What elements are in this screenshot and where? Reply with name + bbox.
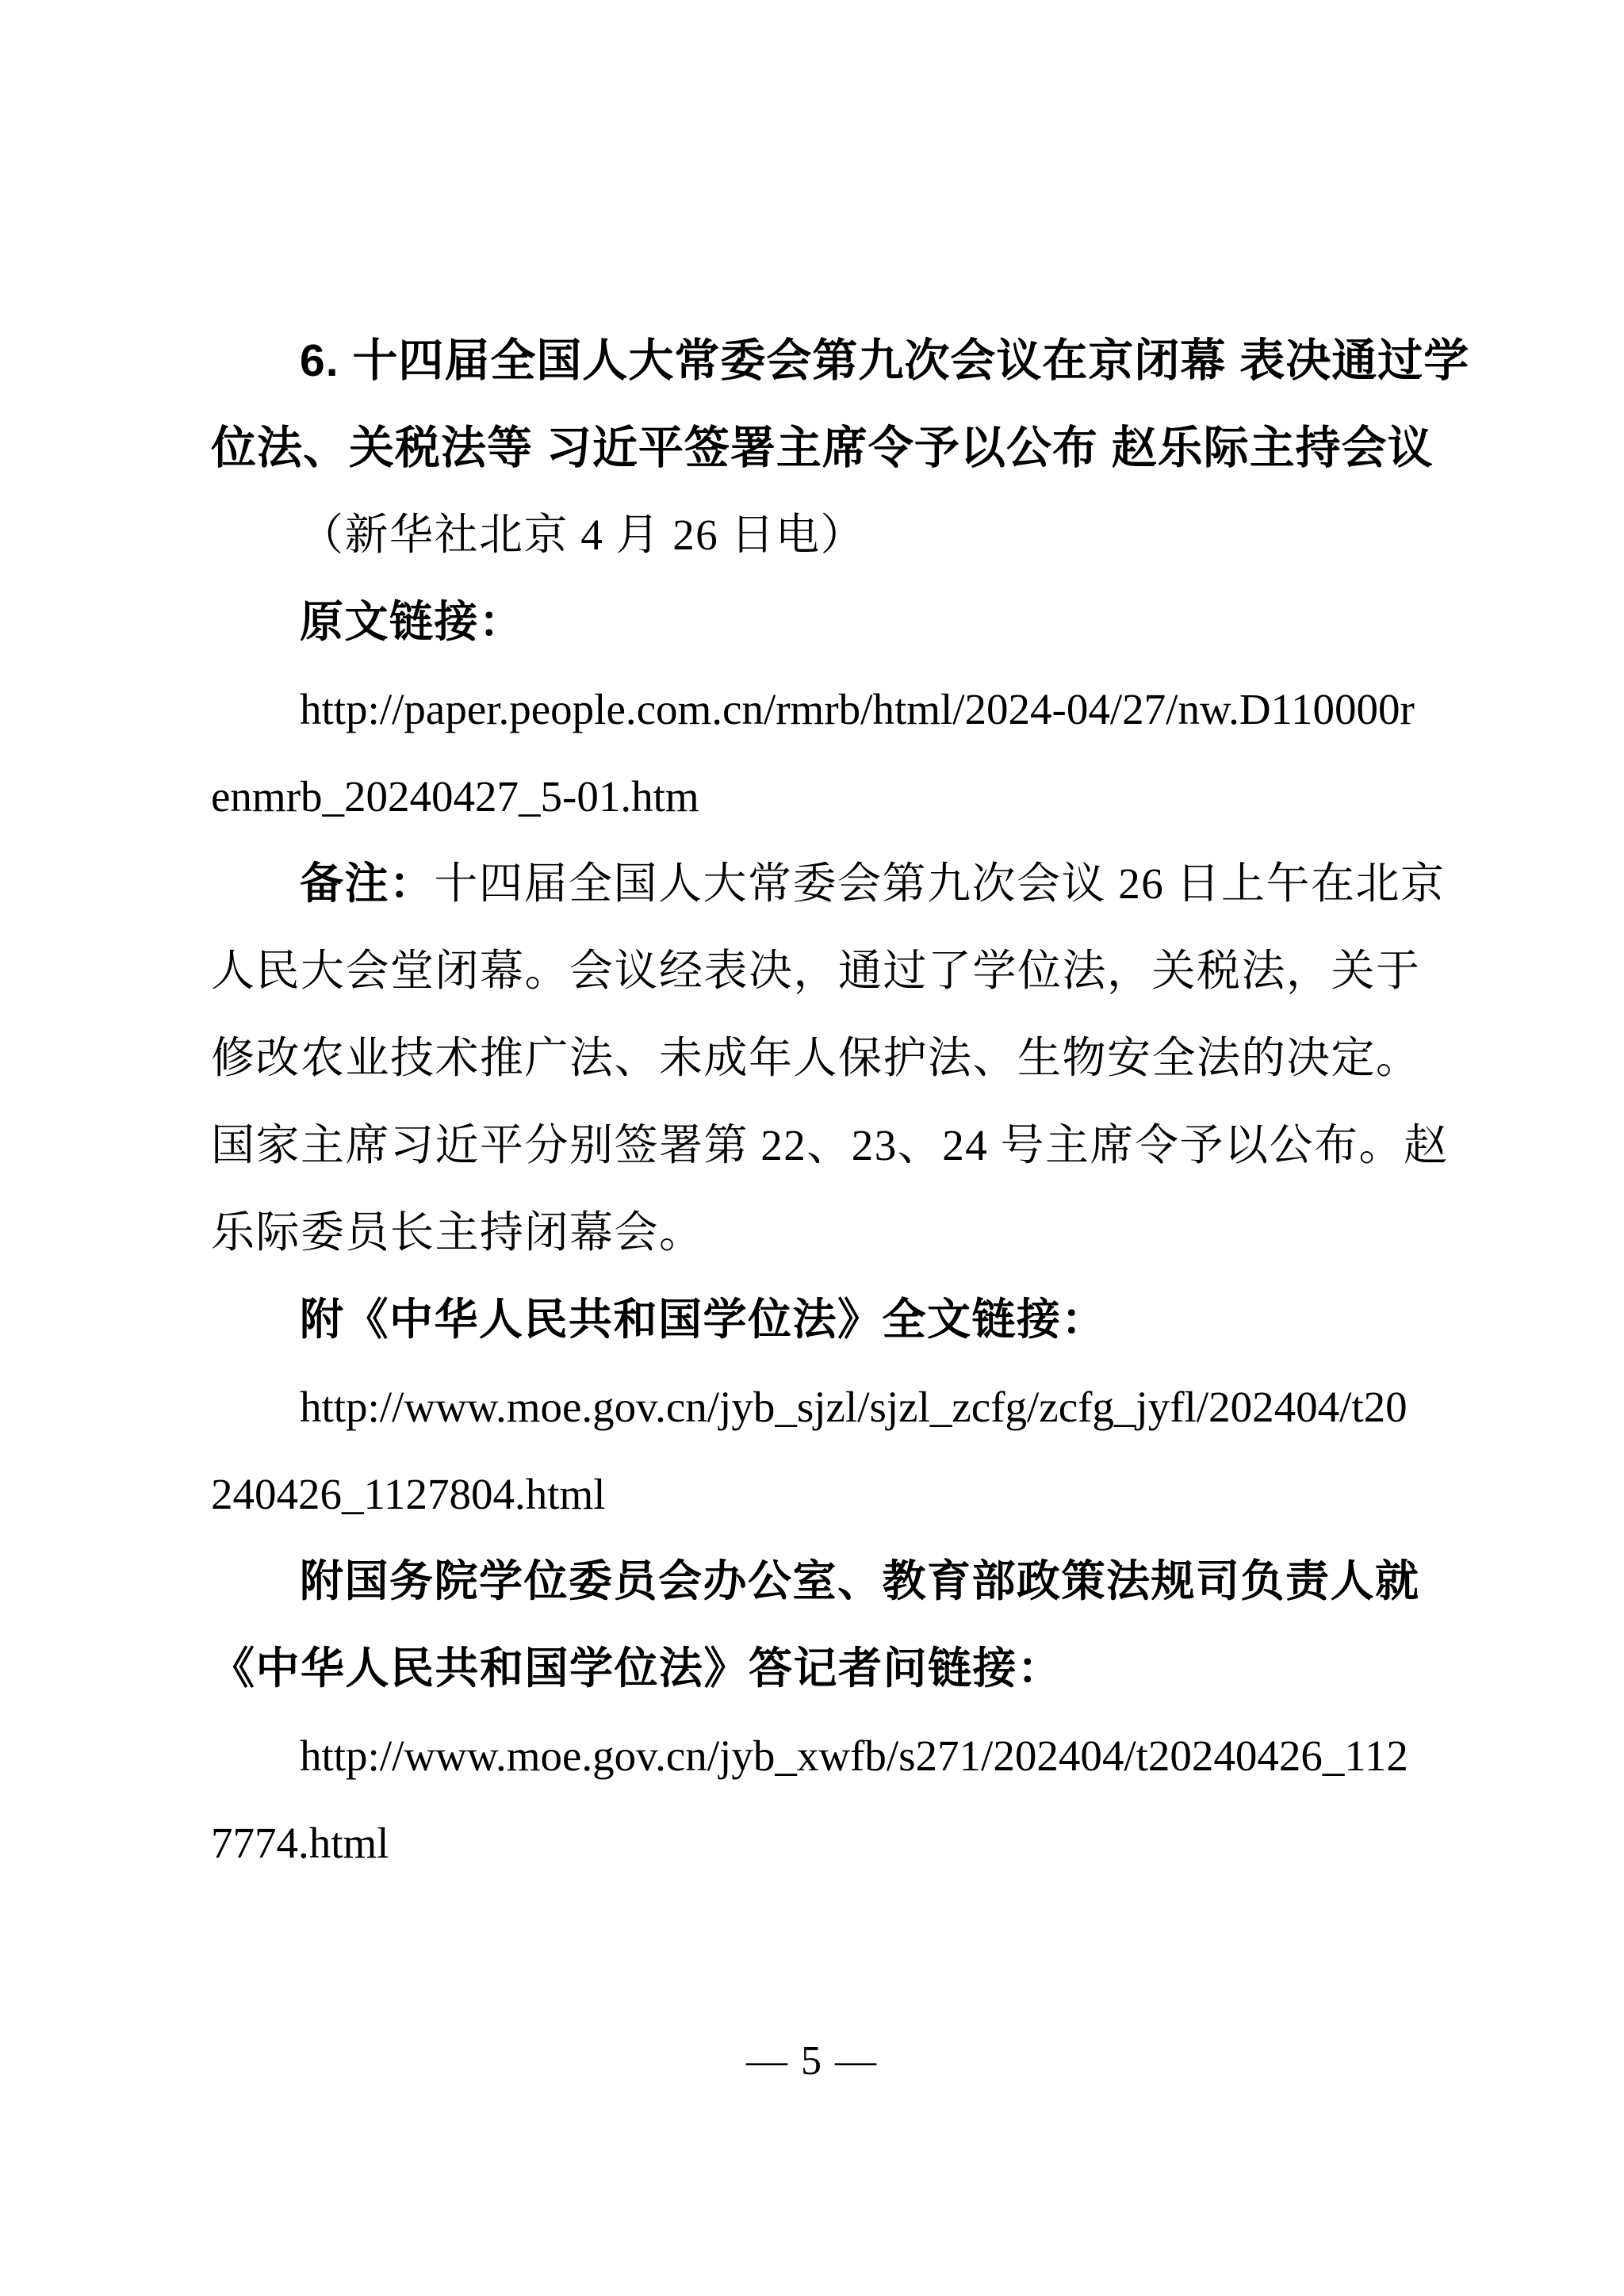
attachment2-url-line-1: http://www.moe.gov.cn/jyb_xwfb/s271/2024… xyxy=(211,1712,1424,1800)
attachment2-label-line-1: 附国务院学位委员会办公室、教育部政策法规司负责人就 xyxy=(211,1538,1424,1625)
note-line-5: 乐际委员长主持闭幕会。 xyxy=(211,1189,1424,1276)
article-title-line-2: 位法、关税法等 习近平签署主席令予以公布 赵乐际主持会议 xyxy=(211,404,1424,492)
source-link-label: 原文链接： xyxy=(211,579,1424,666)
note-line-4: 国家主席习近平分别签署第 22、23、24 号主席令予以公布。赵 xyxy=(211,1102,1424,1189)
note-line-3: 修改农业技术推广法、未成年人保护法、生物安全法的决定。 xyxy=(211,1015,1424,1102)
attachment2-url-line-2: 7774.html xyxy=(211,1800,1424,1887)
attachment1-label: 附《中华人民共和国学位法》全文链接： xyxy=(211,1276,1424,1364)
document-page: 6. 十四届全国人大常委会第九次会议在京闭幕 表决通过学 位法、关税法等 习近平… xyxy=(0,0,1624,2296)
attachment2-label-line-2: 《中华人民共和国学位法》答记者问链接： xyxy=(211,1625,1424,1712)
note-label: 备注： xyxy=(300,859,435,908)
attachment1-url-line-2: 240426_1127804.html xyxy=(211,1451,1424,1538)
source-url-line-1: http://paper.people.com.cn/rmrb/html/202… xyxy=(211,666,1424,753)
dateline: （新华社北京 4 月 26 日电） xyxy=(211,492,1424,579)
page-number: — 5 — xyxy=(0,2038,1624,2085)
note-line-1: 备注：十四届全国人大常委会第九次会议 26 日上午在北京 xyxy=(211,840,1424,928)
note-text-1: 十四届全国人大常委会第九次会议 26 日上午在北京 xyxy=(435,859,1446,908)
article-title-line-1: 6. 十四届全国人大常委会第九次会议在京闭幕 表决通过学 xyxy=(211,317,1424,404)
note-line-2: 人民大会堂闭幕。会议经表决，通过了学位法，关税法，关于 xyxy=(211,928,1424,1015)
document-body: 6. 十四届全国人大常委会第九次会议在京闭幕 表决通过学 位法、关税法等 习近平… xyxy=(211,317,1424,1887)
source-url-line-2: enmrb_20240427_5-01.htm xyxy=(211,753,1424,840)
attachment1-url-line-1: http://www.moe.gov.cn/jyb_sjzl/sjzl_zcfg… xyxy=(211,1364,1424,1451)
